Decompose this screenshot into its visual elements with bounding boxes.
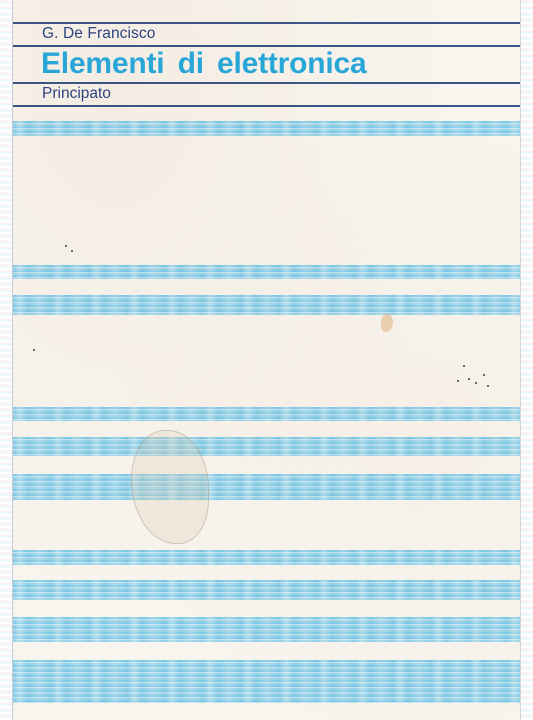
stripe-band (13, 580, 520, 600)
stripe-band (13, 550, 520, 565)
speck (33, 349, 35, 351)
book-title: Elementi di elettronica (41, 45, 366, 83)
speck (475, 382, 477, 384)
stripe-band (13, 437, 520, 456)
stripe-band (13, 660, 520, 703)
publisher-name: Principato (42, 85, 111, 103)
stripe-band (13, 617, 520, 642)
speck (487, 385, 489, 387)
stripe-band (13, 121, 520, 136)
book-cover: G. De Francisco Elementi di elettronica … (13, 0, 520, 720)
stripe-band (13, 474, 520, 500)
rule-line-3 (13, 82, 520, 84)
rule-line-top (13, 22, 520, 24)
speck (457, 380, 459, 382)
stain-spot (381, 314, 393, 332)
speck (65, 245, 67, 247)
author-name: G. De Francisco (42, 25, 155, 43)
rule-line-bottom (13, 105, 520, 107)
speck (71, 250, 73, 252)
speck (463, 365, 465, 367)
stripe-band (13, 407, 520, 421)
stripe-band (13, 265, 520, 279)
stripe-band (13, 295, 520, 315)
speck (483, 374, 485, 376)
speck (468, 378, 470, 380)
